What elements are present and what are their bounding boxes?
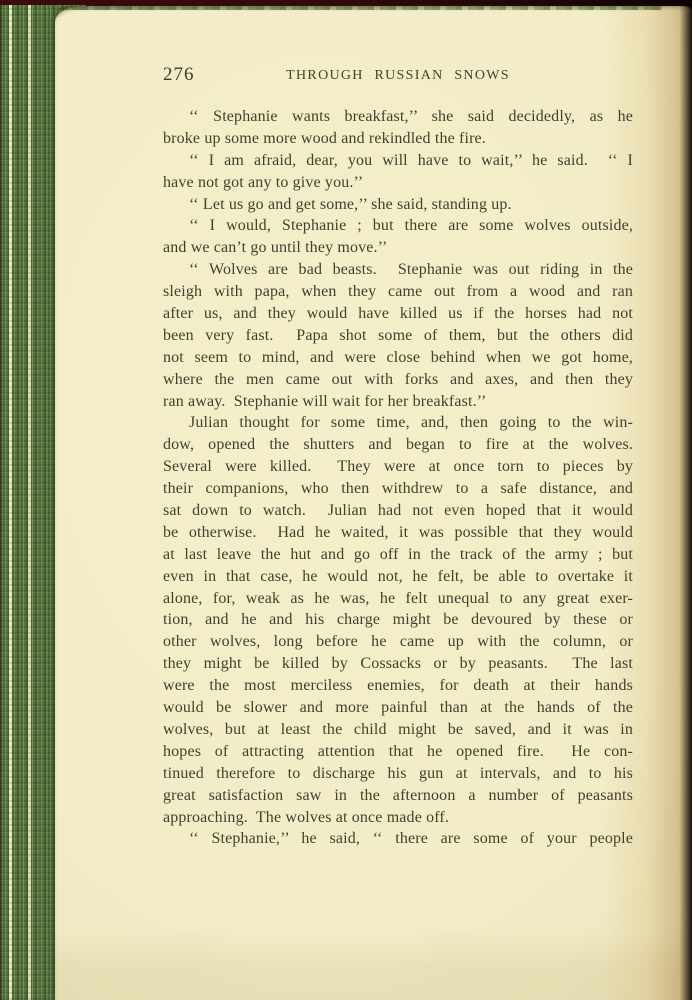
text-line: hopes of attracting attention that he op… xyxy=(163,741,633,763)
text-line: sleigh with papa, when they came out fro… xyxy=(163,281,633,303)
paragraph: ‘‘ I would, Stephanie ; but there are so… xyxy=(163,215,633,259)
paragraph: ‘‘ Wolves are bad beasts. Stephanie was … xyxy=(163,259,633,412)
text-line: been very fast. Papa shot some of them, … xyxy=(163,325,633,347)
text-line: ‘‘ I would, Stephanie ; but there are so… xyxy=(163,215,633,237)
text-line: after us, and they would have killed us … xyxy=(163,303,633,325)
text-line: they might be killed by Cossacks or by p… xyxy=(163,653,633,675)
running-header: THROUGH RUSSIAN SNOWS xyxy=(163,68,633,84)
paragraph: ‘‘ Let us go and get some,’’ she said, s… xyxy=(163,194,633,216)
text-line: even in that case, he would not, he felt… xyxy=(163,566,633,588)
text-line: their companions, who then withdrew to a… xyxy=(163,478,633,500)
text-line: at last leave the hut and go off in the … xyxy=(163,544,633,566)
text-line: have not got any to give you.’’ xyxy=(163,172,633,194)
page-header: 276 THROUGH RUSSIAN SNOWS xyxy=(163,64,633,86)
text-line: were the most merciless enemies, for dea… xyxy=(163,675,633,697)
text-line: alone, for, weak as he was, he felt uneq… xyxy=(163,588,633,610)
text-line: Julian thought for some time, and, then … xyxy=(163,412,633,434)
text-line: Several were killed. They were at once t… xyxy=(163,456,633,478)
text-line: tinued therefore to discharge his gun at… xyxy=(163,763,633,785)
text-line: dow, opened the shutters and began to fi… xyxy=(163,434,633,456)
text-line: wolves, but at least the child might be … xyxy=(163,719,633,741)
text-line: ‘‘ Wolves are bad beasts. Stephanie was … xyxy=(163,259,633,281)
text-line: other wolves, long before he came up wit… xyxy=(163,631,633,653)
text-line: where the men came out with forks and ax… xyxy=(163,369,633,391)
text-line: ‘‘ Stephanie wants breakfast,’’ she said… xyxy=(163,106,633,128)
text-line: would be slower and more painful than at… xyxy=(163,697,633,719)
paragraph: ‘‘ Stephanie,’’ he said, ‘‘ there are so… xyxy=(163,828,633,850)
text-line: tion, and he and his charge might be dev… xyxy=(163,609,633,631)
text-line: broke up some more wood and rekindled th… xyxy=(163,128,633,150)
page-text: ‘‘ Stephanie wants breakfast,’’ she said… xyxy=(163,106,633,850)
paragraph: Julian thought for some time, and, then … xyxy=(163,412,633,828)
text-line: ‘‘ Let us go and get some,’’ she said, s… xyxy=(163,194,633,216)
page-top-edge-stain xyxy=(59,6,662,10)
text-line: not seem to mind, and were close behind … xyxy=(163,347,633,369)
book-page: 276 THROUGH RUSSIAN SNOWS ‘‘ Stephanie w… xyxy=(55,6,692,1000)
text-line: ‘‘ Stephanie,’’ he said, ‘‘ there are so… xyxy=(163,828,633,850)
text-line: approaching. The wolves at once made off… xyxy=(163,807,633,829)
book-page-scan: { "page_header": { "page_number": "276",… xyxy=(0,0,692,1000)
paragraph: ‘‘ I am afraid, dear, you will have to w… xyxy=(163,150,633,194)
text-line: be otherwise. Had he waited, it was poss… xyxy=(163,522,633,544)
text-line: ran away. Stephanie will wait for her br… xyxy=(163,391,633,413)
text-line: ‘‘ I am afraid, dear, you will have to w… xyxy=(163,150,633,172)
text-line: great satisfaction saw in the afternoon … xyxy=(163,785,633,807)
text-line: sat down to watch. Julian had not even h… xyxy=(163,500,633,522)
text-line: and we can’t go until they move.’’ xyxy=(163,237,633,259)
paragraph: ‘‘ Stephanie wants breakfast,’’ she said… xyxy=(163,106,633,150)
